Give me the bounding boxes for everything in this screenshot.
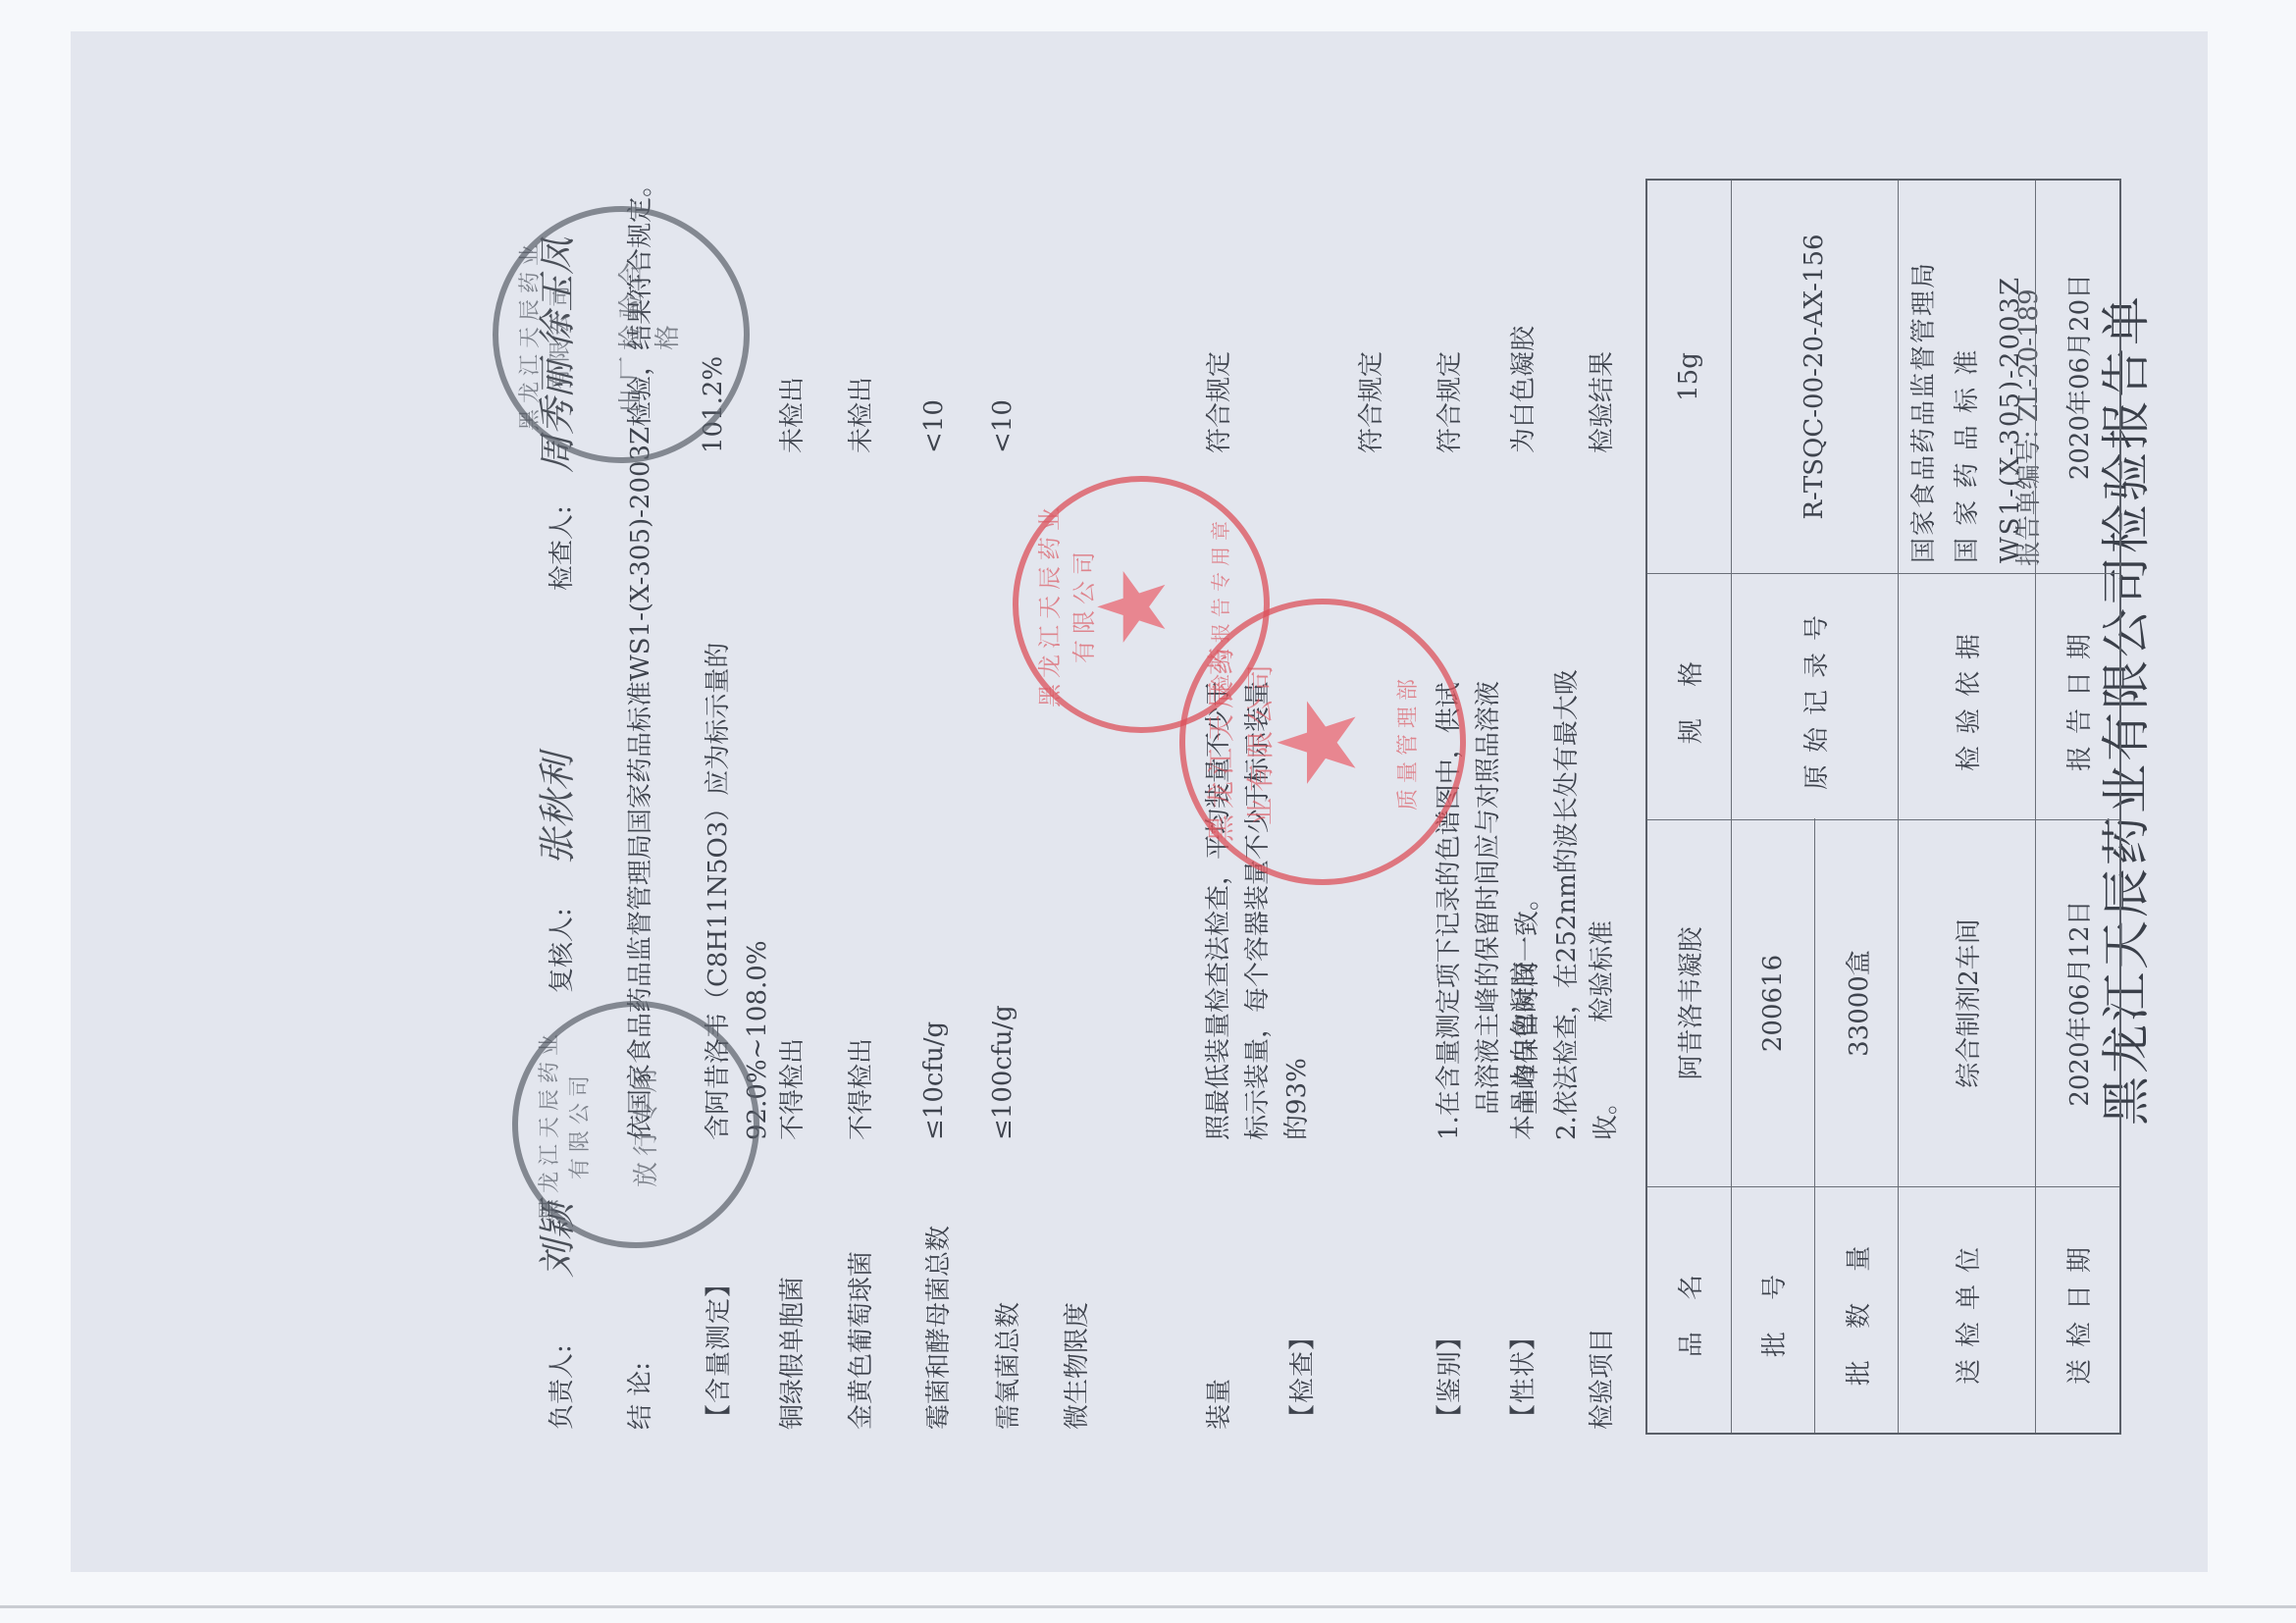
table-row: 品 名 阿昔洛韦凝胶 规 格 15g (1646, 180, 1731, 1434)
reviewer-signature: 张秋利 (527, 754, 581, 865)
appearance-heading: 【性状】 (1503, 1324, 1539, 1430)
batch-no-label: 批 号 (1731, 1187, 1814, 1435)
stamp-star-icon: ★ (1264, 694, 1372, 791)
batch-qty-label: 批 数 量 (1814, 1187, 1898, 1435)
product-name-value: 阿昔洛韦凝胶 (1646, 820, 1731, 1187)
product-name-label: 品 名 (1646, 1187, 1731, 1435)
stamp-text: 黑龙江天辰药业有限公司 (513, 227, 574, 443)
scanner-edge (0, 1605, 2296, 1608)
microbial-item: 铜绿假单胞菌 (772, 1277, 809, 1430)
reviewer-label: 复核人: (542, 908, 578, 993)
microbial-result: <10 (919, 399, 949, 453)
appearance-result: 为白色凝胶 (1503, 326, 1539, 453)
inspection-heading: 【检查】 (1282, 1324, 1319, 1430)
header-info-table: 品 名 阿昔洛韦凝胶 规 格 15g 批 号 200616 原始记录号 R-TS… (1645, 179, 2121, 1435)
stamp-text: 出厂检验合格 (611, 241, 684, 428)
report-date-label: 报告日期 (2036, 574, 2120, 820)
microbial-result: 未检出 (772, 377, 809, 453)
identification-heading: 【鉴别】 (1430, 1324, 1466, 1430)
submitter-value: 综合制剂2车间 (1899, 820, 2036, 1187)
basis-line: WS1-(X-305)-2003Z (1989, 190, 2032, 563)
stamp-text: 检验报告专用章 (1205, 511, 1233, 698)
text-line: 收。 (1587, 669, 1626, 1140)
microbial-item: 金黄色葡萄球菌 (841, 1251, 877, 1430)
assay-heading: 【含量测定】 (699, 1271, 735, 1430)
table-row: 送检单位 综合制剂2车间 检验依据 国家食品药品监督管理局 国 家 药 品 标 … (1899, 180, 2036, 1434)
column-result-heading: 检验结果 (1582, 351, 1618, 453)
microbial-standard: 不得检出 (772, 1038, 809, 1140)
responsible-label: 负责人: (542, 1344, 578, 1430)
grey-stamp-factory: 黑龙江天辰药业有限公司 出厂检验合格 (493, 206, 750, 463)
identification-result-2: 符合规定 (1351, 351, 1387, 453)
stamp-star-icon: ★ (1087, 565, 1180, 649)
microbial-standard: ≤100cfu/g (988, 1005, 1018, 1140)
stamp-text: 黑龙江天辰药业有限公司 (1030, 501, 1099, 707)
column-item-heading: 检验项目 (1582, 1328, 1618, 1430)
stamp-text: 放行专用 (626, 1036, 662, 1213)
inspector-label: 检查人: (542, 505, 578, 591)
grey-stamp-release: 黑龙江天辰药业有限公司 放行专用 (512, 1001, 759, 1248)
batch-no-value: 200616 (1731, 820, 1814, 1187)
stamp-text: 黑龙江天辰药业有限公司 (533, 1021, 594, 1228)
fill-label: 装量 (1199, 1379, 1235, 1430)
record-no-value: R-TSQC-00-20-AX-156 (1731, 180, 1898, 574)
text-line: 主峰保留时间一致。 (1508, 669, 1547, 1140)
microbial-result: 未检出 (841, 377, 877, 453)
submitter-label: 送检单位 (1899, 1187, 2036, 1435)
table-row: 送检日期 2020年06月12日 报告日期 2020年06月20日 (2036, 180, 2120, 1434)
microbial-standard: ≤10cfu/g (919, 1021, 949, 1140)
text-line: 品溶液主峰的保留时间应与对照品溶液 (1469, 669, 1508, 1140)
batch-qty-value: 33000盒 (1814, 820, 1898, 1187)
report-date-value: 2020年06月20日 (2036, 180, 2120, 574)
identification-result-1: 符合规定 (1430, 351, 1466, 453)
spec-label: 规 格 (1646, 574, 1731, 820)
red-stamp-report: ★ 黑龙江天辰药业有限公司 检验报告专用章 (1013, 476, 1270, 733)
basis-value: 国家食品药品监督管理局 国 家 药 品 标 准 WS1-(X-305)-2003… (1899, 180, 2036, 574)
spec-value: 15g (1646, 180, 1731, 574)
microbial-item: 霉菌和酵母菌总数 (919, 1184, 959, 1430)
text-line: 2.依法检查，在252nm的波长处有最大吸 (1547, 669, 1587, 1140)
record-no-label: 原始记录号 (1731, 574, 1898, 820)
microbial-item: 需氧菌总数 (988, 1302, 1024, 1430)
stamp-text: 质量管理部 (1391, 644, 1422, 840)
microbial-label: 微生物限度 (1057, 1302, 1093, 1430)
basis-label: 检验依据 (1899, 574, 2036, 820)
table-row: 批 号 200616 原始记录号 R-TSQC-00-20-AX-156 (1731, 180, 1814, 1434)
submit-date-label: 送检日期 (2036, 1187, 2120, 1435)
basis-line: 国 家 药 品 标 准 (1946, 190, 1989, 563)
microbial-result: <10 (988, 399, 1018, 453)
submit-date-value: 2020年06月12日 (2036, 820, 2120, 1187)
basis-line: 国家食品药品监督管理局 (1903, 190, 1946, 563)
scanned-page: 黑龙江天辰药业有限公司检验报告单 报告单编号: ZL-20-189 品 名 阿昔… (71, 31, 2208, 1572)
fill-result: 符合规定 (1199, 351, 1235, 453)
report-page: 黑龙江天辰药业有限公司检验报告单 报告单编号: ZL-20-189 品 名 阿昔… (71, 31, 2208, 1572)
microbial-standard: 不得检出 (841, 1038, 877, 1140)
conclusion-label: 结 论: (620, 1362, 656, 1430)
